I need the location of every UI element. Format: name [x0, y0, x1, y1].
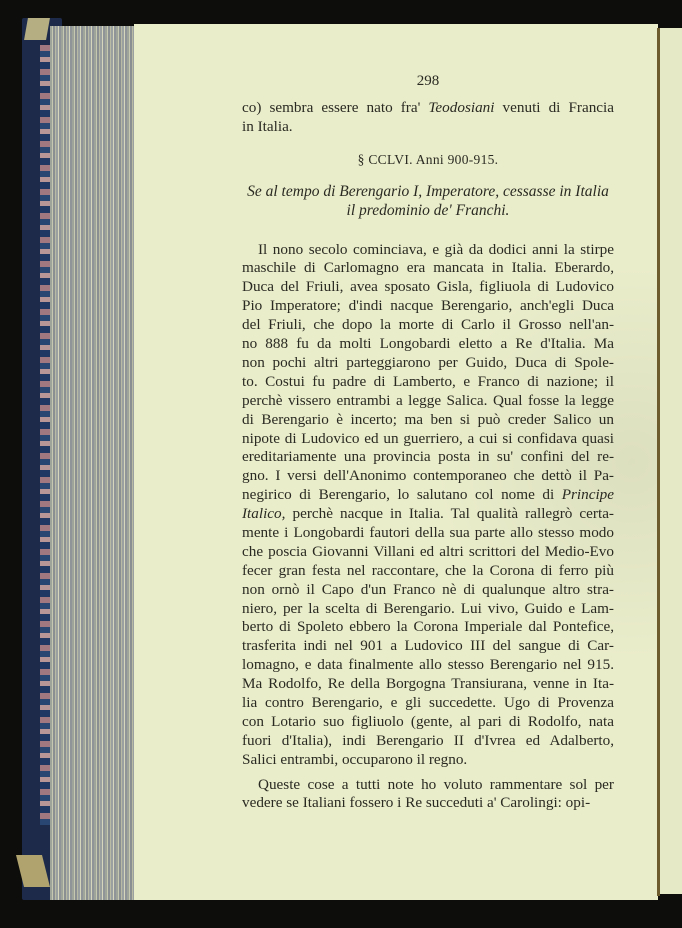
text-line: ereditariamente una provincia posta in s… — [242, 448, 614, 467]
text-line: Pio Imperatore; d'indi nacque Berengario… — [242, 297, 614, 316]
text-line: lomagno, e data finalmente allo stesso B… — [242, 656, 614, 675]
text-line: to. Costui fu padre di Lamberto, e Franc… — [242, 373, 614, 392]
text-line: non ornò il Capo d'un Franco nè di qualu… — [242, 581, 614, 600]
text-line: Duca del Friuli, avea sposato Gisla, fig… — [242, 278, 614, 297]
section-title-line: il predominio de' Franchi. — [242, 201, 614, 220]
text-line: Ma Rodolfo, Re della Borgogna Transiuran… — [242, 675, 614, 694]
text-line: no 888 fu da molti Longobardi eletto a R… — [242, 335, 614, 354]
text-line: lia contro Berengario, e gli succedette.… — [242, 694, 614, 713]
text-line: nipote di Ludovico ed un guerriero, a cu… — [242, 430, 614, 449]
text-line: Queste cose a tutti note ho voluto ramme… — [242, 776, 614, 795]
text-line: in Italia. — [242, 118, 614, 137]
text-line: co) sembra essere nato fra' Teodosiani v… — [242, 99, 614, 118]
text-line: Il nono secolo cominciava, e già da dodi… — [242, 241, 614, 260]
text-line: gno. I versi dell'Anonimo contemporaneo … — [242, 467, 614, 486]
page-number: 298 — [242, 72, 614, 91]
paragraph: Il nono secolo cominciava, e già da dodi… — [242, 241, 614, 770]
page-fore-edge — [50, 26, 135, 900]
section-title: Se al tempo di Berengario I, Imperatore,… — [242, 182, 614, 220]
text-line: di Berengario è incerto; ma ben si può c… — [242, 411, 614, 430]
text-line: mente i Longobardi fautori della sua par… — [242, 524, 614, 543]
text-line: non pochi altri parteggiarono per Guido,… — [242, 354, 614, 373]
text-line: trasferita indi nel 901 a Ludovico III d… — [242, 637, 614, 656]
text-line: del Friuli, che dopo la morte di Carlo i… — [242, 316, 614, 335]
text-line: negirico di Berengario, lo salutano col … — [242, 486, 614, 505]
page-content: 298 co) sembra essere nato fra' Teodosia… — [242, 72, 614, 813]
text-line: berto di Spoleto ebbero la Corona Imperi… — [242, 618, 614, 637]
text-line: perchè vissero entrambi a legge Salica. … — [242, 392, 614, 411]
section-heading: § CCLVI. Anni 900-915. — [242, 151, 614, 170]
text-line: niero, per la scelta di Berengario. Lui … — [242, 600, 614, 619]
text-line: vedere se Italiani fossero i Re succedut… — [242, 794, 614, 813]
text-line: maschile di Carlomagno era mancata in It… — [242, 259, 614, 278]
text-line: Italico, perchè nacque in Italia. Tal qu… — [242, 505, 614, 524]
carryover-text: co) sembra essere nato fra' Teodosiani v… — [242, 99, 614, 137]
text-line: con Lotario suo figliuolo (gente, al par… — [242, 713, 614, 732]
text-line: fuori d'Italia), indi Berengario II d'Iv… — [242, 732, 614, 751]
text-line: che poscia Giovanni Villani ed altri scr… — [242, 543, 614, 562]
text-line: fecer gran festa nel raccontare, che la … — [242, 562, 614, 581]
cover-corner-top — [24, 18, 50, 40]
facing-page-edge — [660, 28, 682, 894]
marbled-endpaper — [40, 45, 50, 825]
text-line: Salici entrambi, occuparono il regno. — [242, 751, 614, 770]
paragraph: Queste cose a tutti note ho voluto ramme… — [242, 776, 614, 814]
section-title-line: Se al tempo di Berengario I, Imperatore,… — [242, 182, 614, 201]
